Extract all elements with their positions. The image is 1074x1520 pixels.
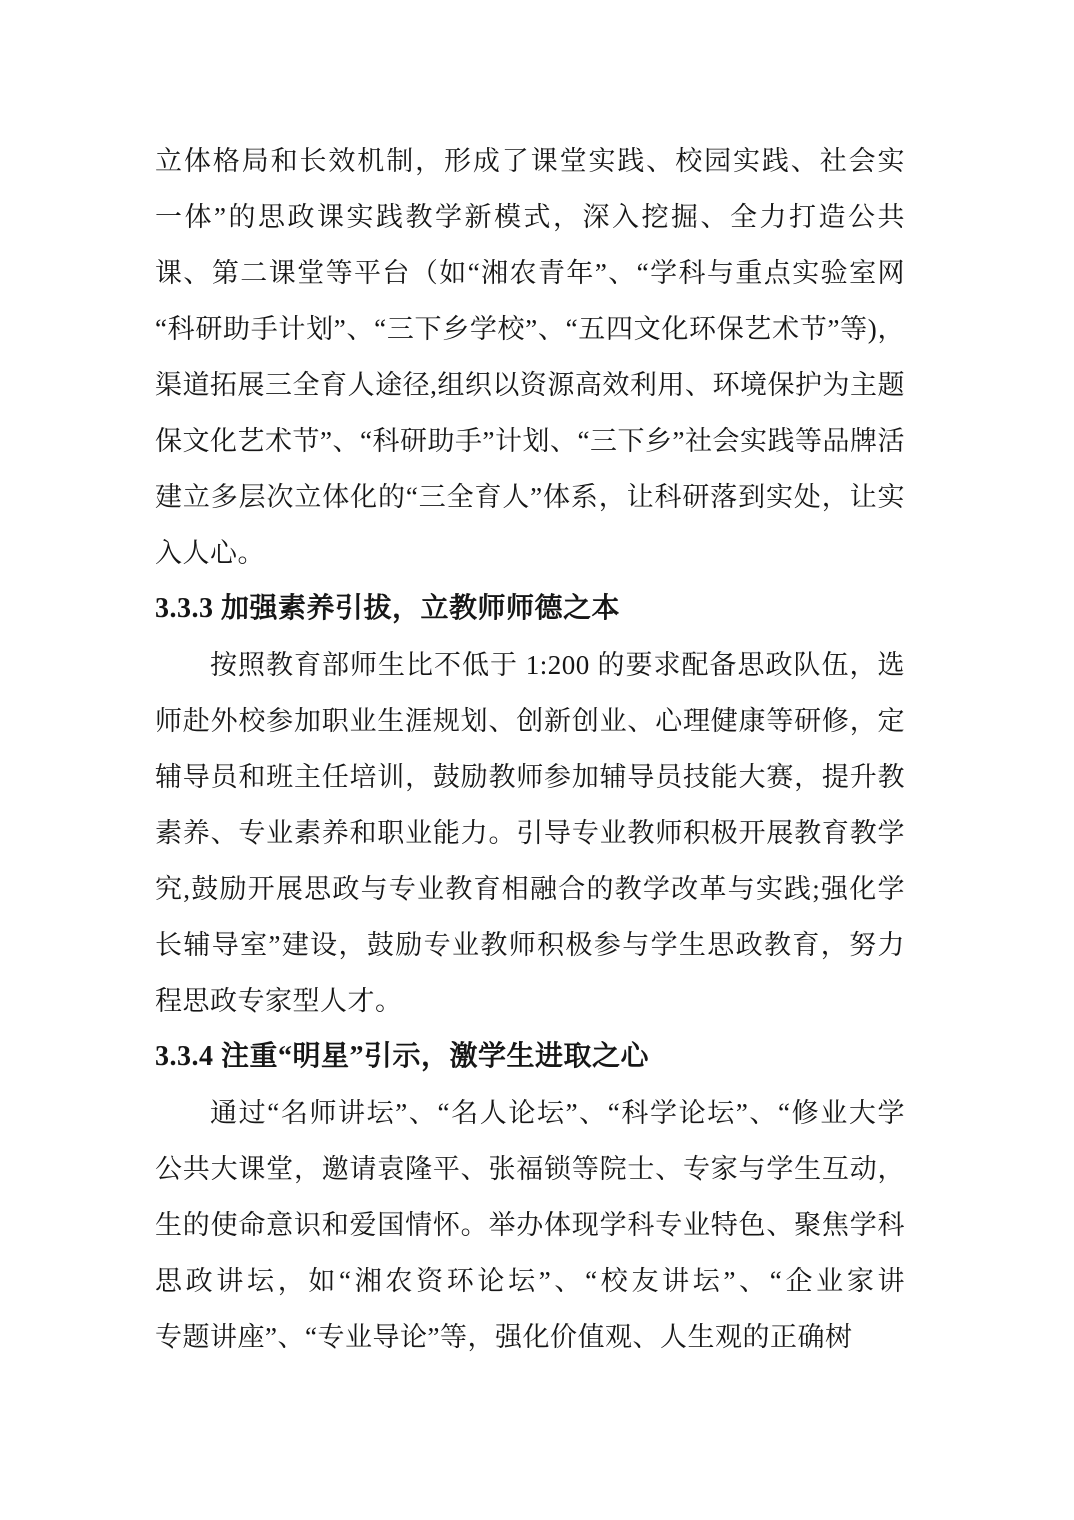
paragraph-star-guidance: 通过“名师讲坛”、“名人论坛”、“科学论坛”、“修业大学堂”等 公共大课堂，邀请…: [155, 1085, 905, 1365]
text-line: 究,鼓励开展思政与专业教育相融合的教学改革与实践;强化学院“成: [155, 861, 905, 917]
section-heading-3-3-4: 3.3.4 注重“明星”引示，激学生进取之心: [155, 1029, 905, 1085]
text-line: “科研助手计划”、“三下乡学校”、“五四文化环保艺术节”等)，多: [155, 301, 905, 357]
document-content: 立体格局和长效机制，形成了课堂实践、校园实践、社会实践“三位 一体”的思政课实践…: [155, 133, 905, 1365]
text-line: 程思政专家型人才。: [155, 973, 905, 1029]
text-line: 入人心。: [155, 525, 905, 581]
text-line: 通过“名师讲坛”、“名人论坛”、“科学论坛”、“修业大学堂”等: [155, 1085, 905, 1141]
text-line: 师赴外校参加职业生涯规划、创新创业、心理健康等研修，定期开展: [155, 693, 905, 749]
text-line: 思政讲坛，如“湘农资环论坛”、“校友讲坛”、“企业家讲坛”、“专业: [155, 1253, 905, 1309]
document-page: 立体格局和长效机制，形成了课堂实践、校园实践、社会实践“三位 一体”的思政课实践…: [0, 0, 1074, 1520]
text-line: 渠道拓展三全育人途径,组织以资源高效利用、环境保护为主题的“环: [155, 357, 905, 413]
text-line: 保文化艺术节”、“科研助手”计划、“三下乡”社会实践等品牌活动，: [155, 413, 905, 469]
paragraph-practice-pattern: 立体格局和长效机制，形成了课堂实践、校园实践、社会实践“三位 一体”的思政课实践…: [155, 133, 905, 581]
paragraph-teacher-quality: 按照教育部师生比不低于 1:200 的要求配备思政队伍，选派教 师赴外校参加职业…: [155, 637, 905, 1029]
text-line: 按照教育部师生比不低于 1:200 的要求配备思政队伍，选派教: [155, 637, 905, 693]
text-line: 专题讲座”、“专业导论”等，强化价值观、人生观的正确树立。: [155, 1309, 905, 1365]
text-line: 建立多层次立体化的“三全育人”体系，让科研落到实处，让实践深: [155, 469, 905, 525]
text-line: 长辅导室”建设，鼓励专业教师积极参与学生思政教育，努力培养课: [155, 917, 905, 973]
section-heading-3-3-3: 3.3.3 加强素养引拔，立教师师德之本: [155, 581, 905, 637]
text-line: 辅导员和班主任培训，鼓励教师参加辅导员技能大赛，提升教师理论: [155, 749, 905, 805]
text-line: 生的使命意识和爱国情怀。举办体现学科专业特色、聚焦学科前沿的: [155, 1197, 905, 1253]
text-line: 课、第二课堂等平台（如“湘农青年”、“学科与重点实验室网站”、: [155, 245, 905, 301]
text-line: 立体格局和长效机制，形成了课堂实践、校园实践、社会实践“三位: [155, 133, 905, 189]
text-line: 公共大课堂，邀请袁隆平、张福锁等院士、专家与学生互动，激发学: [155, 1141, 905, 1197]
text-line: 素养、专业素养和职业能力。引导专业教师积极开展教育教学改革研: [155, 805, 905, 861]
text-line: 一体”的思政课实践教学新模式，深入挖掘、全力打造公共课、专业: [155, 189, 905, 245]
